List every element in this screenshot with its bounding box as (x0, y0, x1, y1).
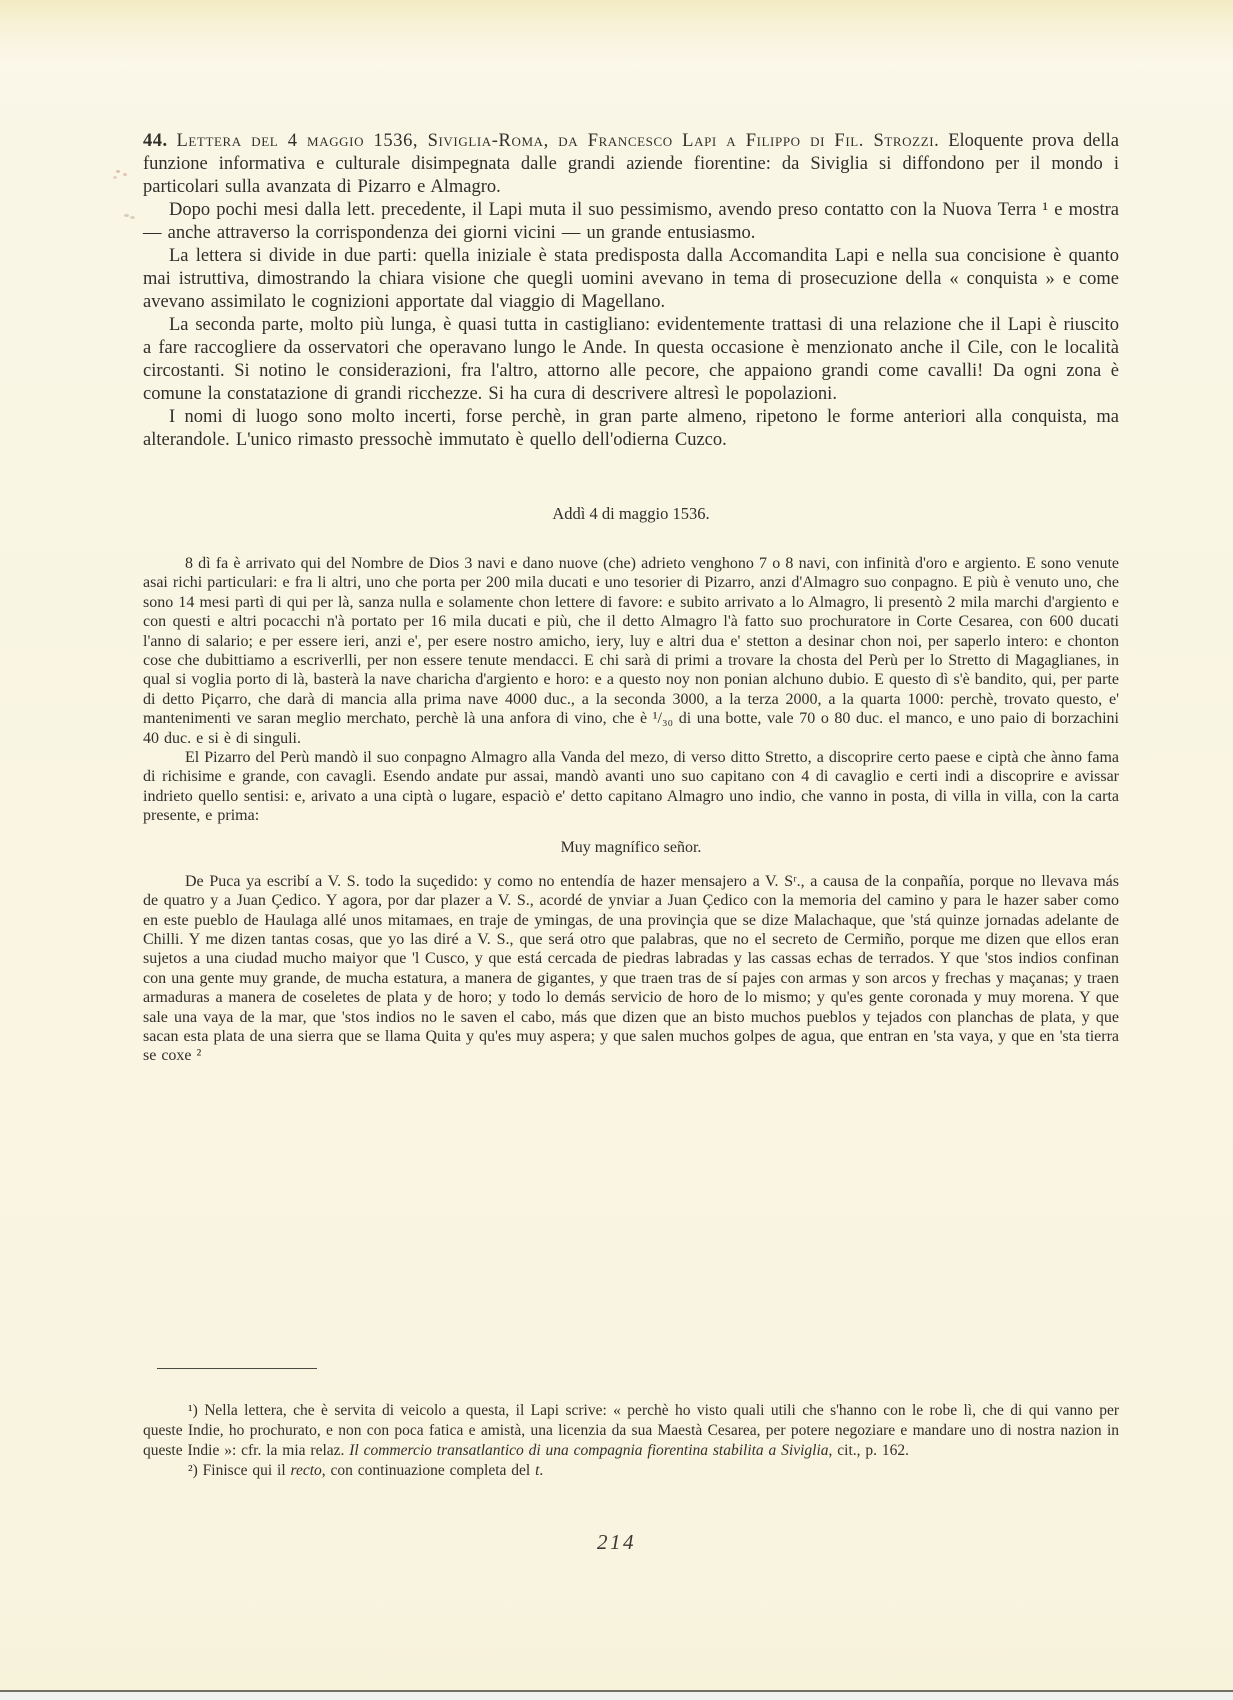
letter-spanish-paragraph: De Puca ya escribí a V. S. todo la suçed… (143, 872, 1119, 1066)
entry-title: Lettera del 4 maggio 1536, Siviglia-Roma… (176, 131, 939, 151)
intro-paragraph: La lettera si divide in due parti: quell… (143, 245, 1119, 314)
letter-dateline: Addì 4 di maggio 1536. (143, 504, 1119, 524)
footnote-italic-title: Il commercio transatlantico di una compa… (349, 1442, 828, 1459)
letter-paragraph: El Pizarro del Perù mandò il suo conpagn… (143, 748, 1119, 826)
book-page: { "page": { "number": "214", "paper_colo… (0, 0, 1233, 1700)
footnote-divider (157, 1368, 317, 1369)
footnote-1: ¹) Nella lettera, che è servita di veico… (143, 1401, 1119, 1461)
footnote-2: ²) Finisce qui il recto, con continuazio… (143, 1461, 1119, 1481)
page-bottom-scan-edge (0, 1690, 1233, 1700)
footnote-text: ²) Finisce qui il (188, 1462, 291, 1479)
footnote-text: . (539, 1462, 543, 1479)
heading-paragraph: 44. Lettera del 4 maggio 1536, Siviglia-… (143, 130, 1119, 199)
footnote-italic-word: recto (291, 1462, 322, 1479)
letter-salutation: Muy magnífico señor. (143, 839, 1119, 857)
letter-paragraph: 8 dì fa è arrivato qui del Nombre de Dio… (143, 554, 1119, 748)
intro-paragraph: Dopo pochi mesi dalla lett. precedente, … (143, 199, 1119, 245)
footnote-text: , con continuazione completa del (322, 1462, 535, 1479)
footnote-area: ¹) Nella lettera, che è servita di veico… (143, 1368, 1119, 1481)
intro-paragraph: I nomi di luogo sono molto incerti, fors… (143, 406, 1119, 452)
margin-pencil-mark (116, 170, 120, 173)
footnote-text: , cit., p. 162. (829, 1442, 910, 1459)
margin-pencil-mark (124, 214, 129, 217)
page-number: 214 (0, 1530, 1233, 1555)
intro-paragraph: La seconda parte, molto più lunga, è qua… (143, 314, 1119, 406)
page-content: 44. Lettera del 4 maggio 1536, Siviglia-… (143, 130, 1119, 1066)
entry-number: 44. (143, 131, 168, 151)
